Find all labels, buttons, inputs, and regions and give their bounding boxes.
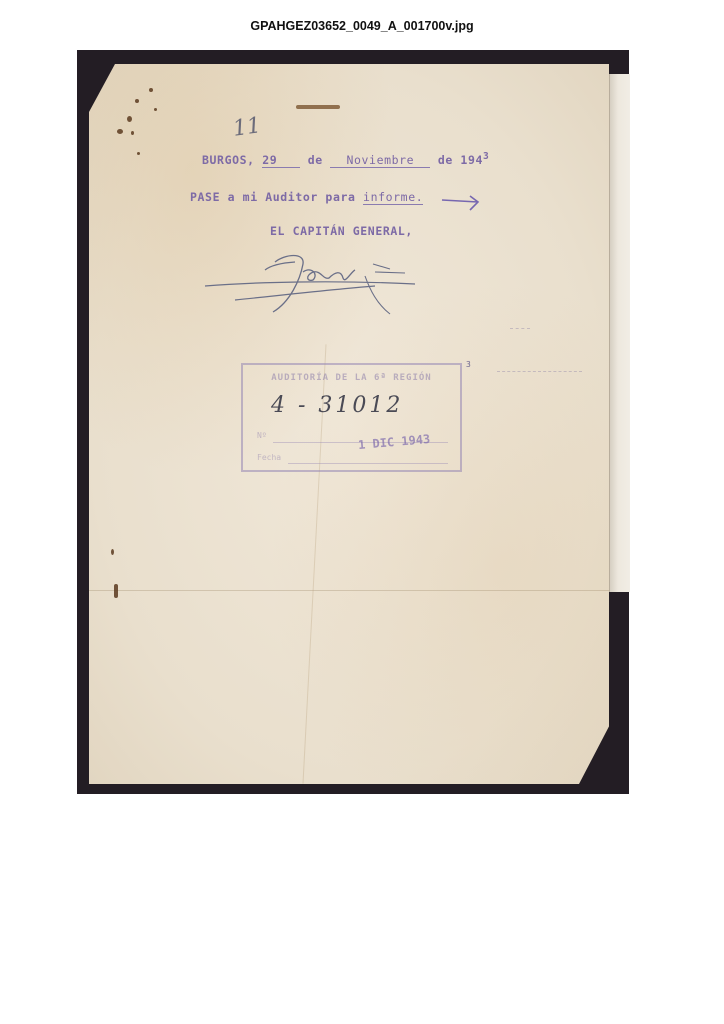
- signatory-title: EL CAPITÁN GENERAL,: [270, 224, 413, 238]
- faint-dashes: [497, 371, 582, 372]
- place: BURGOS,: [202, 153, 255, 167]
- order-line: PASE a mi Auditor para informe.: [190, 190, 423, 205]
- year-prefix: de 194: [438, 153, 483, 167]
- stamp-title: AUDITORÍA DE LA 6ª REGIÓN: [243, 373, 460, 383]
- stamp-number-label: Nº: [257, 431, 267, 440]
- day: 29: [262, 153, 300, 168]
- signature: [195, 242, 435, 322]
- file-name-caption: GPAHGEZ03652_0049_A_001700v.jpg: [0, 19, 724, 33]
- fold-crease-horizontal: [89, 590, 609, 591]
- folio-number: 11: [231, 113, 262, 142]
- underlying-sheet-edge: [609, 74, 630, 592]
- year-digit: 3: [483, 151, 489, 162]
- pen-arrow-mark: [440, 192, 485, 217]
- stamp-handwritten-number: 4 - 31012: [271, 393, 403, 418]
- registry-stamp: AUDITORÍA DE LA 6ª REGIÓN 4 - 31012 Nº F…: [241, 363, 462, 472]
- order-underlined: informe.: [363, 190, 423, 205]
- margin-mark: 3: [466, 360, 471, 369]
- place-date-line: BURGOS, 29 de Noviembre de 1943: [202, 151, 489, 168]
- stamp-date: 1 DIC 1943: [358, 432, 431, 452]
- faint-dashes: [510, 328, 530, 329]
- de-label: de: [308, 153, 323, 167]
- stamp-date-label: Fecha: [257, 453, 281, 462]
- staple-mark: [296, 105, 340, 109]
- month: Noviembre: [330, 153, 430, 168]
